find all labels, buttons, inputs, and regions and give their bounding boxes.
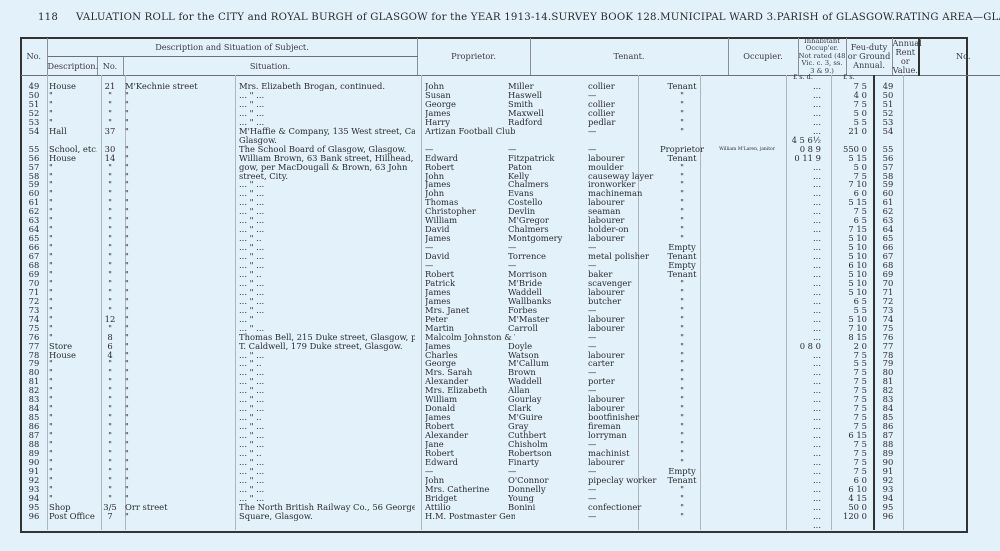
cell-feu: ... xyxy=(781,82,821,91)
cell-desc: " xyxy=(49,467,97,476)
cell-occupier: " xyxy=(659,333,705,342)
cell-sit: " xyxy=(125,189,235,198)
cell-feu: ... xyxy=(781,288,821,297)
cell-no: 50 xyxy=(873,91,903,100)
cell-tl: — xyxy=(508,467,588,476)
cell-tf: James xyxy=(425,109,515,118)
cell-rent: 5 10 xyxy=(827,234,867,243)
cell-prop: ... " ... xyxy=(239,395,415,404)
table-row: 74"12"... "PeterM'Masterlabourer"...5 10… xyxy=(21,315,967,324)
cell-no: 90 xyxy=(21,458,47,467)
cell-no: 76 xyxy=(873,333,903,342)
cell-no: 84 xyxy=(873,404,903,413)
cell-no: 86 xyxy=(873,422,903,431)
cell-sno: " xyxy=(97,109,123,118)
cell-sit: " xyxy=(125,431,235,440)
cell-desc: " xyxy=(49,189,97,198)
cell-occupier: " xyxy=(659,440,705,449)
cell-desc: " xyxy=(49,91,97,100)
cell-tf: Alexander xyxy=(425,431,515,440)
cell-no: 71 xyxy=(873,288,903,297)
cell-occ: labourer xyxy=(588,395,658,404)
table-row: 87"""... " ...AlexanderCuthbertlorryman"… xyxy=(21,431,967,440)
table-row: 79"""... " ..GeorgeM'Callumcarter"...5 5… xyxy=(21,359,967,368)
cell-tl: Torrence xyxy=(508,252,588,261)
cell-occ: labourer xyxy=(588,324,658,333)
cell-no: 89 xyxy=(21,449,47,458)
cell-rent: 7 15 xyxy=(827,225,867,234)
cell-occ: — xyxy=(588,386,658,395)
cell-desc: " xyxy=(49,234,97,243)
cell-sno: " xyxy=(97,306,123,315)
cell-desc: House xyxy=(49,82,97,91)
cell-sit: " xyxy=(125,91,235,100)
cell-sno: " xyxy=(97,422,123,431)
cell-occ: fireman xyxy=(588,422,658,431)
table-row: 95Shop3/5Orr streetThe North British Rai… xyxy=(21,503,967,512)
table-row: 72"""... " ...JamesWallbanksbutcher"...6… xyxy=(21,297,967,306)
cell-desc: " xyxy=(49,261,97,270)
cell-tl: Radford xyxy=(508,118,588,127)
cell-tl: Chisholm xyxy=(508,440,588,449)
cell-tf: Patrick xyxy=(425,279,515,288)
cell-rent: 7 5 xyxy=(827,467,867,476)
cell-prop: ... " ... xyxy=(239,243,415,252)
col-header-desc-group: Description and Situation of Subject. xyxy=(47,38,417,57)
cell-tl: Paton xyxy=(508,163,588,172)
cell-prop: ... " .. xyxy=(239,234,415,243)
cell-feu: ... xyxy=(781,368,821,377)
cell-rent: 6 10 xyxy=(827,261,867,270)
cell-prop: ... " ... xyxy=(239,216,415,225)
cell-rent: 7 5 xyxy=(827,458,867,467)
cell-prop: ... " ... xyxy=(239,306,415,315)
cell-sit: " xyxy=(125,449,235,458)
cell-feu: ... xyxy=(781,163,821,172)
cell-sno: " xyxy=(97,485,123,494)
cell-tl: Haswell xyxy=(508,91,588,100)
cell-occ: labourer xyxy=(588,315,658,324)
cell-tf: — xyxy=(425,261,515,270)
cell-sit: " xyxy=(125,458,235,467)
cell-desc: " xyxy=(49,252,97,261)
cell-sno: " xyxy=(97,279,123,288)
cell-sno: " xyxy=(97,288,123,297)
cell-no: 71 xyxy=(21,288,47,297)
cell-occupier: " xyxy=(659,100,705,109)
cell-sno: " xyxy=(97,431,123,440)
cell-sit: " xyxy=(125,494,235,503)
cell-occupier: " xyxy=(659,225,705,234)
cell-occupier: " xyxy=(659,234,705,243)
table-row: 56House14"William Brown, 63 Bank street,… xyxy=(21,154,967,163)
cell-desc: " xyxy=(49,180,97,189)
col-header-inhabitant: Inhabitant Occup'er. Not rated (48 Vic. … xyxy=(798,38,846,76)
cell-no: 74 xyxy=(21,315,47,324)
cell-prop: ... " ... xyxy=(239,279,415,288)
cell-feu: ... xyxy=(781,225,821,234)
table-row: 73"""... " ...Mrs. JanetForbes—"...5 573 xyxy=(21,306,967,315)
cell-sno: " xyxy=(97,297,123,306)
cell-prop: ... " ... xyxy=(239,118,415,127)
cell-occ: scavenger xyxy=(588,279,658,288)
cell-rent: 5 10 xyxy=(827,288,867,297)
cell-sno: " xyxy=(97,180,123,189)
cell-sit: " xyxy=(125,172,235,181)
cell-rent: 7 5 xyxy=(827,351,867,360)
cell-prop: ... " ... xyxy=(239,467,415,476)
table-row: 49House21M'Kechnie streetMrs. Elizabeth … xyxy=(21,82,967,91)
cell-tf: Mrs. Catherine xyxy=(425,485,515,494)
cell-no: 90 xyxy=(873,458,903,467)
cell-occupier: " xyxy=(659,216,705,225)
cell-sno: " xyxy=(97,216,123,225)
table-row: 55School, etc.30"The School Board of Gla… xyxy=(21,145,967,154)
cell-occ: — xyxy=(588,306,658,315)
cell-tf: Susan xyxy=(425,91,515,100)
cell-sno: " xyxy=(97,189,123,198)
cell-no: 61 xyxy=(21,198,47,207)
cell-no: 53 xyxy=(873,118,903,127)
cell-no: 80 xyxy=(21,368,47,377)
cell-no: 87 xyxy=(873,431,903,440)
cell-tf: James xyxy=(425,180,515,189)
cell-feu: ... xyxy=(781,386,821,395)
cell-sit: " xyxy=(125,359,235,368)
cell-prop: ... " ... xyxy=(239,180,415,189)
cell-prop: ... " ... xyxy=(239,431,415,440)
cell-occ: labourer xyxy=(588,154,658,163)
cell-rent: 550 0 xyxy=(827,145,867,154)
cell-rent: 4 15 xyxy=(827,494,867,503)
cell-occupier: Empty xyxy=(659,243,705,252)
cell-sit: " xyxy=(125,154,235,163)
cell-occ: — xyxy=(588,91,658,100)
table-row: 52"""... " ...JamesMaxwellcollier"...5 0… xyxy=(21,109,967,118)
cell-occ: ironworker xyxy=(588,180,658,189)
cell-no: 56 xyxy=(873,154,903,163)
cell-desc: " xyxy=(49,359,97,368)
cell-no: 87 xyxy=(21,431,47,440)
cell-tl: Kelly xyxy=(508,172,588,181)
cell-occ: collier xyxy=(588,100,658,109)
cell-tf: Edward xyxy=(425,458,515,467)
cell-no: 94 xyxy=(873,494,903,503)
cell-desc: " xyxy=(49,163,97,172)
table-row: 84"""... " ...DonaldClarklabourer"...7 5… xyxy=(21,404,967,413)
cell-occupier: " xyxy=(659,91,705,100)
cell-no: 96 xyxy=(21,512,47,521)
cell-sno: " xyxy=(97,207,123,216)
cell-occupier: " xyxy=(659,279,705,288)
cell-sno: " xyxy=(97,163,123,172)
cell-no: 91 xyxy=(873,467,903,476)
cell-sit: " xyxy=(125,145,235,154)
cell-feu: ... xyxy=(781,234,821,243)
cell-occupier: " xyxy=(659,494,705,503)
cell-sno: " xyxy=(97,413,123,422)
cell-tl: Brown xyxy=(508,368,588,377)
cell-feu: ... xyxy=(781,324,821,333)
cell-feu: ... xyxy=(781,279,821,288)
cell-prop: ... " ... xyxy=(239,368,415,377)
cell-sno: 37 xyxy=(97,127,123,136)
cell-rent: 5 5 xyxy=(827,118,867,127)
cell-tl: Robertson xyxy=(508,449,588,458)
cell-no: 57 xyxy=(873,163,903,172)
cell-tf: James xyxy=(425,297,515,306)
cell-occ: — xyxy=(588,243,658,252)
cell-feu: ... xyxy=(781,207,821,216)
cell-occupier: " xyxy=(659,351,705,360)
cell-prop: ... " ... xyxy=(239,386,415,395)
cell-rent: 5 10 xyxy=(827,270,867,279)
cell-occ: confectioner xyxy=(588,503,658,512)
cell-feu: ... xyxy=(781,395,821,404)
survey-book: SURVEY BOOK 128. xyxy=(551,12,660,23)
cell-no: 96 xyxy=(873,512,903,521)
cell-prop: ... " .. xyxy=(239,359,415,368)
page-number: 118 xyxy=(38,12,58,23)
cell-prop: ... " ... xyxy=(239,297,415,306)
cell-occ: porter xyxy=(588,377,658,386)
cell-rent: 5 10 xyxy=(827,252,867,261)
cell-feu: ... xyxy=(781,458,821,467)
cell-desc: " xyxy=(49,109,97,118)
cell-no: 85 xyxy=(873,413,903,422)
cell-tl: Finarty xyxy=(508,458,588,467)
cell-no: 58 xyxy=(873,172,903,181)
cell-occupier: " xyxy=(659,422,705,431)
cell-feu: 0 8 9 xyxy=(781,145,821,154)
cell-rent: 7 10 xyxy=(827,324,867,333)
cell-occupier: " xyxy=(659,342,705,351)
cell-tl: Devlin xyxy=(508,207,588,216)
cell-feu: ... xyxy=(781,377,821,386)
cell-prop: ... " ... xyxy=(239,458,415,467)
cell-sit: " xyxy=(125,297,235,306)
cell-no: 83 xyxy=(873,395,903,404)
cell-sit: " xyxy=(125,270,235,279)
cell-occupier: " xyxy=(659,118,705,127)
cell-sno: 3/5 xyxy=(97,503,123,512)
table-row: 92"""... " ...JohnO'Connorpipeclay worke… xyxy=(21,476,967,485)
cell-sit: " xyxy=(125,198,235,207)
cell-occupier: " xyxy=(659,404,705,413)
cell-desc: " xyxy=(49,458,97,467)
cell-desc: House xyxy=(49,154,97,163)
cell-feu: 0 11 9 xyxy=(781,154,821,163)
cell-occupier: " xyxy=(659,109,705,118)
cell-prop: ... " ... xyxy=(239,351,415,360)
cell-tf: Alexander xyxy=(425,377,515,386)
cell-sno: 12 xyxy=(97,315,123,324)
cell-sit: " xyxy=(125,333,235,342)
cell-no: 52 xyxy=(873,109,903,118)
cell-no: 49 xyxy=(21,82,47,91)
table-row: 65"""... " ..JamesMontgomerylabourer"...… xyxy=(21,234,967,243)
cell-tl: Gray xyxy=(508,422,588,431)
cell-feu: ... xyxy=(781,413,821,422)
cell-no: 80 xyxy=(873,368,903,377)
cell-rent: 120 0 xyxy=(827,512,867,521)
cell-rent: 7 5 xyxy=(827,368,867,377)
cell-no: 73 xyxy=(873,306,903,315)
cell-tf: Martin xyxy=(425,324,515,333)
cell-sit: " xyxy=(125,440,235,449)
cell-rent: 7 5 xyxy=(827,404,867,413)
cell-no: 70 xyxy=(873,279,903,288)
cell-feu: ... xyxy=(781,333,821,342)
cell-no: 75 xyxy=(873,324,903,333)
rating-area: RATING AREA—GLASGOW. xyxy=(895,12,1000,23)
cell-prop: ... " ... xyxy=(239,109,415,118)
cell-occ: baker xyxy=(588,270,658,279)
cell-sit: " xyxy=(125,207,235,216)
cell-no: 66 xyxy=(21,243,47,252)
cell-feu: ... xyxy=(781,404,821,413)
cell-prop: T. Caldwell, 179 Duke street, Glasgow. xyxy=(239,342,415,351)
cell-sit: " xyxy=(125,386,235,395)
cell-sno: " xyxy=(97,359,123,368)
table-row: 90"""... " ...EdwardFinartylabourer"...7… xyxy=(21,458,967,467)
cell-no: 49 xyxy=(873,82,903,91)
cell-prop: ... " ... xyxy=(239,404,415,413)
cell-occupier: " xyxy=(659,377,705,386)
cell-sno: 8 xyxy=(97,333,123,342)
cell-tl: — xyxy=(508,261,588,270)
cell-prop: Thomas Bell, 215 Duke street, Glasgow, p… xyxy=(239,333,415,342)
table-row: 83"""... " ...WilliamGourlaylabourer"...… xyxy=(21,395,967,404)
cell-desc: " xyxy=(49,494,97,503)
cell-desc: " xyxy=(49,413,97,422)
cell-rent: 7 10 xyxy=(827,180,867,189)
cell-sno: " xyxy=(97,449,123,458)
cell-occupier: " xyxy=(659,386,705,395)
cell-occupier: " xyxy=(659,395,705,404)
cell-rent: 6 5 xyxy=(827,297,867,306)
cell-tl: Waddell xyxy=(508,377,588,386)
cell-no: 67 xyxy=(21,252,47,261)
cell-sit: " xyxy=(125,234,235,243)
cell-prop: The North British Railway Co., 56 George xyxy=(239,503,415,512)
cell-sit: " xyxy=(125,109,235,118)
cell-occupier: " xyxy=(659,207,705,216)
table-row: 61"""... " ...ThomasCostellolabourer"...… xyxy=(21,198,967,207)
cell-feu: ... xyxy=(781,476,821,485)
cell-feu: ... xyxy=(781,422,821,431)
cell-prop: ... " ... xyxy=(239,91,415,100)
cell-tl: Montgomery xyxy=(508,234,588,243)
cell-tl: M'Master xyxy=(508,315,588,324)
cell-feu: ... xyxy=(781,118,821,127)
cell-feu: ... xyxy=(781,297,821,306)
cell-rent: 6 15 xyxy=(827,431,867,440)
cell-feu: ... xyxy=(781,100,821,109)
cell-sno: " xyxy=(97,368,123,377)
cell-sno: " xyxy=(97,225,123,234)
cell-tf: John xyxy=(425,189,515,198)
cell-feu: ... xyxy=(781,359,821,368)
cell-rent: 5 15 xyxy=(827,198,867,207)
cell-no: 67 xyxy=(873,252,903,261)
cell-no: 68 xyxy=(873,261,903,270)
cell-occ: labourer xyxy=(588,234,658,243)
cell-occupier: Empty xyxy=(659,261,705,270)
table-row: 54Hall37"M'Haffie & Company, 135 West st… xyxy=(21,127,967,136)
cell-occupier: " xyxy=(659,180,705,189)
cell-no: 81 xyxy=(21,377,47,386)
cell-no: 58 xyxy=(21,172,47,181)
table-row: 82"""... " ...Mrs. ElizabethAllan—"...7 … xyxy=(21,386,967,395)
cell-occ: holder-on xyxy=(588,225,658,234)
table-row: 77Store6" T. Caldwell, 179 Duke street, … xyxy=(21,342,967,351)
cell-tf: Mrs. Elizabeth xyxy=(425,386,515,395)
cell-prop: ... " ... xyxy=(239,225,415,234)
cell-tl: Evans xyxy=(508,189,588,198)
cell-occ: — xyxy=(588,467,658,476)
cell-occupier: " xyxy=(659,449,705,458)
cell-desc: " xyxy=(49,449,97,458)
cell-desc: " xyxy=(49,395,97,404)
table-row: 93"""... " ...Mrs. CatherineDonnelly—"..… xyxy=(21,485,967,494)
cell-sit: " xyxy=(125,163,235,172)
cell-tl: Donnelly xyxy=(508,485,588,494)
cell-tl: M'Gregor xyxy=(508,216,588,225)
cell-occ: labourer xyxy=(588,198,658,207)
cell-tf: John xyxy=(425,172,515,181)
cell-prop: ... " ... xyxy=(239,494,415,503)
cell-no: 93 xyxy=(873,485,903,494)
cell-tl: Morrison xyxy=(508,270,588,279)
cell-tf: H.M. Postmaster General xyxy=(425,512,515,521)
cell-prop: Mrs. Elizabeth Brogan, continued. xyxy=(239,82,415,91)
cell-occupier: Empty xyxy=(659,467,705,476)
cell-no: 64 xyxy=(21,225,47,234)
cell-feu: ... xyxy=(781,521,821,530)
cell-no: 77 xyxy=(873,342,903,351)
cell-tl: M'Guire xyxy=(508,413,588,422)
cell-no: 54 xyxy=(21,127,47,136)
cell-tf: David xyxy=(425,225,515,234)
cell-tl: Carroll xyxy=(508,324,588,333)
cell-no: 79 xyxy=(873,359,903,368)
cell-sit: " xyxy=(125,288,235,297)
cell-sno: " xyxy=(97,458,123,467)
cell-occupier: Proprietor xyxy=(659,145,705,154)
table-row: 86"""... " ...RobertGrayfireman"...7 586 xyxy=(21,422,967,431)
cell-occ: — xyxy=(588,333,658,342)
cell-sit: " xyxy=(125,118,235,127)
cell-occ: pedlar xyxy=(588,118,658,127)
table-row: 63"""... " ...WilliamM'Gregorlabourer"..… xyxy=(21,216,967,225)
cell-rent: 8 15 xyxy=(827,333,867,342)
cell-occ: bootfinisher xyxy=(588,413,658,422)
cell-sno: " xyxy=(97,377,123,386)
cell-tl: — xyxy=(508,145,588,154)
cell-tf: John xyxy=(425,82,515,91)
col-header-annual-rent: Annual Rent or Value. xyxy=(892,38,919,76)
cell-rent: 5 5 xyxy=(827,306,867,315)
cell-occ: labourer xyxy=(588,216,658,225)
cell-no: 61 xyxy=(873,198,903,207)
cell-desc: Post Office xyxy=(49,512,97,521)
cell-feu: ... xyxy=(781,270,821,279)
cell-prop: gow, per MacDougall & Brown, 63 John xyxy=(239,163,415,172)
cell-feu: ... xyxy=(781,351,821,360)
cell-feu: ... xyxy=(781,306,821,315)
cell-no: 93 xyxy=(21,485,47,494)
